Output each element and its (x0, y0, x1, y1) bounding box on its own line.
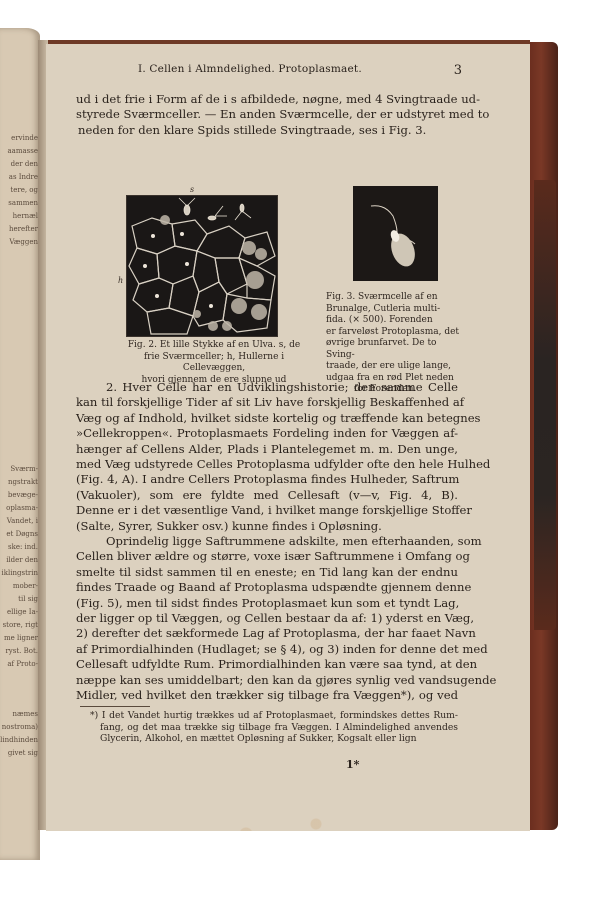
caption-line: traade, der ere ulige lange, (326, 361, 462, 373)
ulva-cells-illustration (127, 196, 277, 336)
left-page-text-fragment: hernæl (13, 210, 38, 223)
book-photo: ervindeaamasseder denas Indretere, ogsam… (0, 0, 602, 900)
footnote: *) I det Vandet hurtig trækkes ud af Pro… (90, 710, 458, 745)
figure-3-swarm-cell (353, 186, 438, 281)
text-line: ud i det frie i Form af de i s afbildede… (76, 92, 458, 107)
left-page-text-fragment: nostroma) (2, 721, 38, 734)
left-page-text-fragment: givet sig (8, 747, 38, 760)
left-page-text-fragment: store, rigt (3, 619, 38, 632)
text-line: hænger af Cellens Alder, Plads i Plantel… (76, 442, 458, 457)
paragraph-2: 2. Hver Celle har en Udviklingshistorie;… (76, 380, 458, 534)
left-page-text-fragment: tere, og (10, 184, 38, 197)
text-line: neden for den klare Spids stillede Sving… (76, 123, 458, 138)
caption-line: fida. (× 500). Forenden (326, 315, 462, 327)
swarm-cell-illustration (353, 186, 438, 281)
left-page-text-fragment: et Døgns (6, 528, 38, 541)
left-page-text-fragment: me ligner (4, 632, 38, 645)
left-page-text-fragment: næmes (13, 708, 38, 721)
caption-line: er farveløst Protoplasma, det (326, 327, 462, 339)
left-page-text-fragment: Væggen (9, 236, 38, 249)
left-page-text-fragment: aamasse (8, 145, 39, 158)
left-page-text-fragment: ske: ind. (8, 541, 38, 554)
text-line: (Vakuoler), som ere fyldte med Cellesaft… (76, 488, 458, 503)
text-line: kan til forskjellige Tider af sit Liv ha… (76, 395, 458, 410)
left-page-text-fragment: til sig (18, 593, 38, 606)
left-page-text-fragment: af Proto- (7, 658, 38, 671)
left-page-text-fragment: mober- (13, 580, 38, 593)
left-page-text-fragment: ryst. Bot. (5, 645, 38, 658)
page-number: 3 (454, 63, 462, 78)
text-line: næppe kan ses umiddelbart; den kan da gj… (76, 673, 458, 688)
left-page-text-fragment: as Indre (9, 171, 38, 184)
text-line: der ligger op til Væggen, og Cellen best… (76, 611, 458, 626)
text-line: med Væg udstyrede Celles Protoplasma udf… (76, 457, 458, 472)
left-page-text-fragment: ervinde (11, 132, 38, 145)
text-line: »Cellekroppen«. Protoplasmaets Fordeling… (76, 426, 458, 441)
footnote-line: Glycerin, Alkohol, en mættet Opløsning a… (90, 733, 458, 745)
book-page: I. Cellen i Almndelighed. Protoplasmaet.… (46, 44, 530, 831)
text-line: smelte til sidst sammen til en eneste; e… (76, 565, 458, 580)
text-line: 2) derefter det sækformede Lag af Protop… (76, 626, 458, 641)
left-page-text-fragment: ilder den (6, 554, 38, 567)
paragraph-3: Oprindelig ligge Saftrummene adskilte, m… (76, 534, 458, 703)
left-page-text-fragment: oplasma- (6, 502, 38, 515)
left-page-text-fragment: sammen (8, 197, 38, 210)
caption-line: Fig. 3. Sværmcelle af en (326, 292, 462, 304)
text-line: findes Traade og Baand af Protoplasma ud… (76, 580, 458, 595)
text-line: Oprindelig ligge Saftrummene adskilte, m… (76, 534, 458, 549)
footnote-divider (80, 706, 150, 707)
text-line: Cellesaft udfyldte Rum. Primordialhinden… (76, 657, 458, 672)
footnote-line: *) I det Vandet hurtig trækkes ud af Pro… (90, 710, 458, 722)
caption-line: øvrige brunfarvet. De to Sving- (326, 338, 462, 361)
text-line: styrede Sværmceller. — En anden Sværmcel… (76, 107, 458, 122)
left-page-text-fragment: Vandet, i (7, 515, 38, 528)
text-line: Denne er i det væsentlige Vand, i hvilke… (76, 503, 458, 518)
text-line: (Fig. 4, A). I andre Cellers Protoplasma… (76, 472, 458, 487)
text-line: Cellen bliver ældre og større, voxe især… (76, 549, 458, 564)
left-page-text-fragment: bevæge- (8, 489, 38, 502)
left-page-text-fragment: der den (11, 158, 38, 171)
footnote-line: fang, og det maa trække sig tilbage fra … (90, 722, 458, 734)
intro-text: ud i det frie i Form af de i s afbildede… (76, 92, 458, 138)
left-page-text-fragment: ngstrakt (8, 476, 38, 489)
left-page-text-fragment: herefter (9, 223, 38, 236)
text-line: af Primordialhinden (Hudlaget; se § 4), … (76, 642, 458, 657)
text-line: (Salte, Syrer, Sukker osv.) kunne findes… (76, 519, 458, 534)
fig2-label-s: s (190, 185, 194, 194)
caption-line: frie Sværmceller; h, Hullerne i Cellevæg… (119, 352, 309, 375)
left-page-text-fragment: lindhinden (0, 734, 38, 747)
caption-line: Fig. 2. Et lille Stykke af en Ulva. s, d… (119, 340, 309, 352)
running-head: I. Cellen i Almndelighed. Protoplasmaet.… (98, 63, 462, 78)
caption-line: Brunalge, Cutleria multi- (326, 304, 462, 316)
signature-mark: 1* (346, 758, 359, 771)
fig2-label-h: h (118, 276, 123, 285)
text-line: Væg og af Indhold, hvilket sidste kortel… (76, 411, 458, 426)
text-line: 2. Hver Celle har en Udviklingshistorie;… (76, 380, 458, 395)
running-head-title: I. Cellen i Almndelighed. Protoplasmaet. (138, 63, 362, 78)
book-spine-shadow (534, 180, 556, 630)
text-line: Midler, ved hvilket den trækker sig tilb… (76, 688, 458, 703)
text-line: (Fig. 5), men til sidst findes Protoplas… (76, 596, 458, 611)
left-page-fragment: ervindeaamasseder denas Indretere, ogsam… (0, 28, 40, 860)
left-page-text-fragment: iklingstrin (2, 567, 38, 580)
figure-2-ulva-cells (126, 195, 278, 337)
left-page-text-fragment: ellige Ia- (7, 606, 38, 619)
left-page-text-fragment: Sværm- (10, 463, 38, 476)
